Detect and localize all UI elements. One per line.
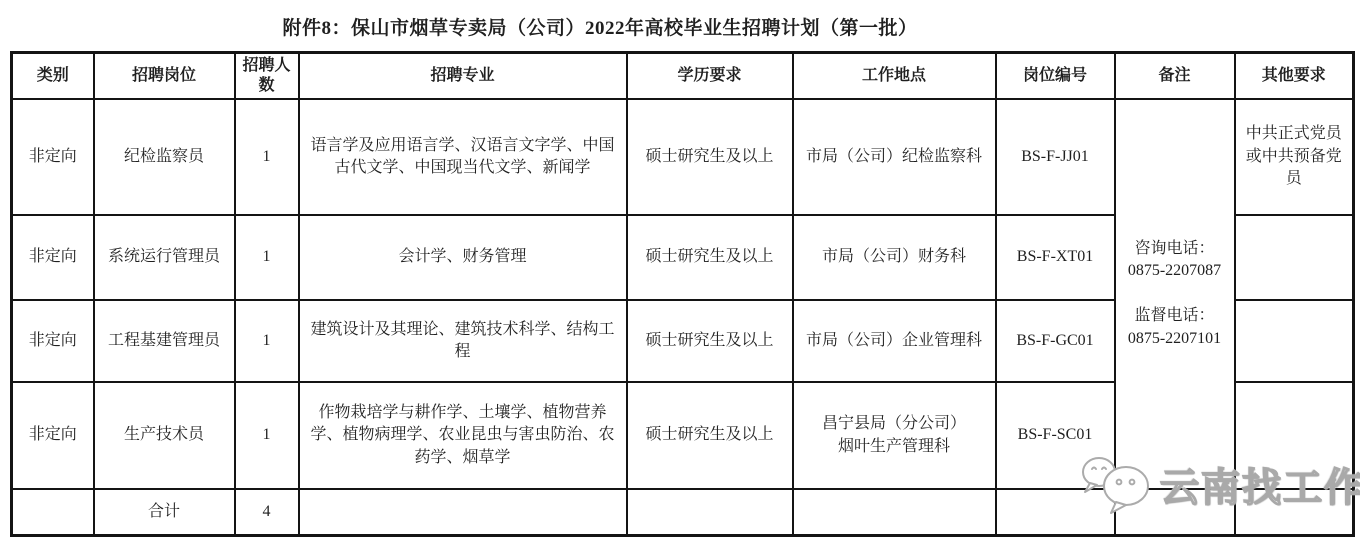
cell-category: 非定向 bbox=[12, 300, 94, 382]
document-page: { "title": "附件8：保山市烟草专卖局（公司）2022年高校毕业生招聘… bbox=[0, 0, 1360, 550]
cell-code: BS-F-SC01 bbox=[996, 382, 1115, 489]
cell-other-empty bbox=[1235, 489, 1354, 535]
recruitment-table: 类别 招聘岗位 招聘人数 招聘专业 学历要求 工作地点 岗位编号 备注 其他要求… bbox=[10, 51, 1355, 537]
cell-count: 1 bbox=[235, 99, 299, 215]
cell-notes-merged: 咨询电话： 0875-2207087 监督电话： 0875-2207101 bbox=[1115, 99, 1235, 489]
cell-location: 市局（公司）纪检监察科 bbox=[793, 99, 996, 215]
cell-education: 硕士研究生及以上 bbox=[627, 382, 793, 489]
table-header-row: 类别 招聘岗位 招聘人数 招聘专业 学历要求 工作地点 岗位编号 备注 其他要求 bbox=[12, 53, 1354, 100]
cell-notes-empty bbox=[1115, 489, 1235, 535]
cell-category: 非定向 bbox=[12, 215, 94, 300]
cell-education-empty bbox=[627, 489, 793, 535]
header-code: 岗位编号 bbox=[996, 53, 1115, 100]
page-title: 附件8：保山市烟草专卖局（公司）2022年高校毕业生招聘计划（第一批） bbox=[0, 13, 1200, 40]
cell-category: 非定向 bbox=[12, 382, 94, 489]
cell-majors: 会计学、财务管理 bbox=[299, 215, 627, 300]
cell-category: 非定向 bbox=[12, 99, 94, 215]
cell-other: 中共正式党员或中共预备党员 bbox=[1235, 99, 1354, 215]
header-category: 类别 bbox=[12, 53, 94, 100]
cell-other bbox=[1235, 215, 1354, 300]
cell-count: 1 bbox=[235, 382, 299, 489]
cell-position: 系统运行管理员 bbox=[94, 215, 235, 300]
header-education: 学历要求 bbox=[627, 53, 793, 100]
cell-location: 昌宁县局（分公司） 烟叶生产管理科 bbox=[793, 382, 996, 489]
cell-position: 纪检监察员 bbox=[94, 99, 235, 215]
cell-majors: 语言学及应用语言学、汉语言文字学、中国古代文学、中国现当代文学、新闻学 bbox=[299, 99, 627, 215]
header-other: 其他要求 bbox=[1235, 53, 1354, 100]
header-majors: 招聘专业 bbox=[299, 53, 627, 100]
cell-education: 硕士研究生及以上 bbox=[627, 99, 793, 215]
table-total-row: 合计 4 bbox=[12, 489, 1354, 535]
cell-code-empty bbox=[996, 489, 1115, 535]
table-row: 非定向 纪检监察员 1 语言学及应用语言学、汉语言文字学、中国古代文学、中国现当… bbox=[12, 99, 1354, 215]
cell-total-count: 4 bbox=[235, 489, 299, 535]
cell-count: 1 bbox=[235, 300, 299, 382]
cell-education: 硕士研究生及以上 bbox=[627, 300, 793, 382]
cell-majors-empty bbox=[299, 489, 627, 535]
cell-majors: 建筑设计及其理论、建筑技术科学、结构工程 bbox=[299, 300, 627, 382]
cell-other bbox=[1235, 382, 1354, 489]
header-notes: 备注 bbox=[1115, 53, 1235, 100]
header-location: 工作地点 bbox=[793, 53, 996, 100]
cell-position: 工程基建管理员 bbox=[94, 300, 235, 382]
header-position: 招聘岗位 bbox=[94, 53, 235, 100]
cell-other bbox=[1235, 300, 1354, 382]
cell-category-empty bbox=[12, 489, 94, 535]
cell-position: 生产技术员 bbox=[94, 382, 235, 489]
cell-location: 市局（公司）企业管理科 bbox=[793, 300, 996, 382]
cell-majors: 作物栽培学与耕作学、土壤学、植物营养学、植物病理学、农业昆虫与害虫防治、农药学、… bbox=[299, 382, 627, 489]
cell-location: 市局（公司）财务科 bbox=[793, 215, 996, 300]
cell-count: 1 bbox=[235, 215, 299, 300]
cell-code: BS-F-GC01 bbox=[996, 300, 1115, 382]
cell-total-label: 合计 bbox=[94, 489, 235, 535]
cell-code: BS-F-XT01 bbox=[996, 215, 1115, 300]
cell-location-empty bbox=[793, 489, 996, 535]
header-count: 招聘人数 bbox=[235, 53, 299, 100]
cell-education: 硕士研究生及以上 bbox=[627, 215, 793, 300]
cell-code: BS-F-JJ01 bbox=[996, 99, 1115, 215]
